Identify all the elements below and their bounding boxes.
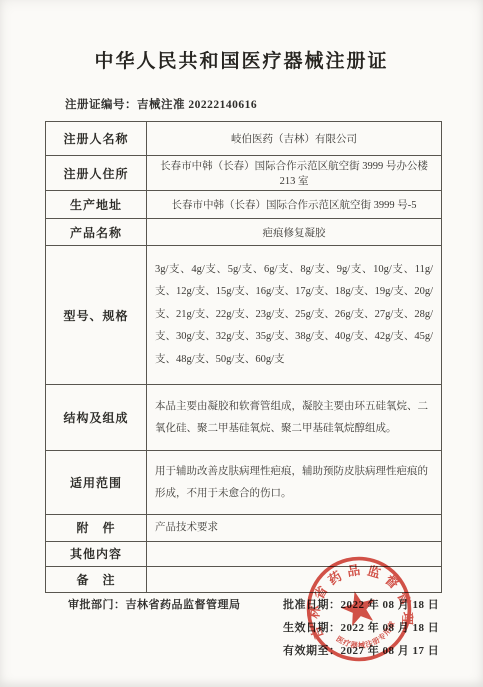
- expiry-date-value: 2027 年 08 月 17 日: [341, 645, 440, 657]
- expiry-date-label: 有效期至：: [283, 645, 341, 657]
- row-value-registrant-address: 长春市中韩（长春）国际合作示范区航空街 3999 号办公楼 213 室: [147, 156, 442, 191]
- table-row: 型号、规格 3g/支、4g/支、5g/支、6g/支、8g/支、9g/支、10g/…: [46, 246, 442, 385]
- row-value-registrant-name: 岐伯医药（吉林）有限公司: [147, 122, 442, 156]
- row-label-structure: 结构及组成: [46, 385, 147, 451]
- approval-dept-line: 审批部门：吉林省药品监督管理局: [68, 596, 241, 612]
- cert-number-label: 注册证编号：: [65, 99, 137, 111]
- effective-date-value: 2022 年 08 月 18 日: [341, 622, 440, 634]
- row-label-scope: 适用范围: [46, 451, 147, 515]
- row-value-attachment: 产品技术要求: [147, 515, 442, 542]
- row-label-registrant-name: 注册人名称: [46, 122, 147, 156]
- table-row: 结构及组成 本品主要由凝胶和软膏管组成，凝胶主要由环五硅氧烷、二氧化硅、聚二甲基…: [46, 385, 442, 451]
- dates-block: 批准日期：2022 年 08 月 18 日 生效日期：2022 年 08 月 1…: [283, 594, 439, 663]
- table-row: 适用范围 用于辅助改善皮肤病理性疤痕，辅助预防皮肤病理性疤痕的形成，不用于未愈合…: [46, 451, 442, 515]
- page-title: 中华人民共和国医疗器械注册证: [0, 0, 483, 73]
- effective-date-line: 生效日期：2022 年 08 月 18 日: [283, 617, 439, 640]
- row-value-structure: 本品主要由凝胶和软膏管组成，凝胶主要由环五硅氧烷、二氧化硅、聚二甲基硅氧烷、聚二…: [147, 385, 442, 451]
- expiry-date-line: 有效期至：2027 年 08 月 17 日: [283, 640, 439, 663]
- row-value-other-content: [147, 541, 442, 566]
- table-row: 注册人名称 岐伯医药（吉林）有限公司: [46, 122, 442, 156]
- row-label-production-address: 生产地址: [46, 191, 147, 219]
- row-value-model-spec: 3g/支、4g/支、5g/支、6g/支、8g/支、9g/支、10g/支、11g/…: [147, 246, 442, 385]
- certificate-page: 中华人民共和国医疗器械注册证 注册证编号：吉械注准 20222140616 注册…: [0, 0, 483, 687]
- row-label-product-name: 产品名称: [46, 219, 147, 246]
- approval-dept-label: 审批部门：: [68, 599, 126, 611]
- table-row: 其他内容: [46, 541, 442, 566]
- cert-number-value: 吉械注准 20222140616: [137, 99, 257, 111]
- table-row: 产品名称 疤痕修复凝胶: [46, 219, 442, 246]
- row-label-other-content: 其他内容: [46, 541, 147, 566]
- row-value-remarks: [147, 566, 442, 592]
- row-label-remarks: 备 注: [46, 566, 147, 592]
- registration-table: 注册人名称 岐伯医药（吉林）有限公司 注册人住所 长春市中韩（长春）国际合作示范…: [45, 121, 442, 593]
- row-label-attachment: 附 件: [46, 515, 147, 542]
- table-row: 备 注: [46, 566, 442, 592]
- table-row: 注册人住所 长春市中韩（长春）国际合作示范区航空街 3999 号办公楼 213 …: [46, 156, 442, 191]
- approval-date-value: 2022 年 08 月 18 日: [341, 599, 440, 611]
- row-label-model-spec: 型号、规格: [46, 246, 147, 385]
- row-label-registrant-address: 注册人住所: [46, 156, 147, 191]
- table-row: 附 件 产品技术要求: [46, 515, 442, 542]
- table-row: 生产地址 长春市中韩（长春）国际合作示范区航空街 3999 号-5: [46, 191, 442, 219]
- approval-date-line: 批准日期：2022 年 08 月 18 日: [283, 594, 439, 617]
- cert-number-line: 注册证编号：吉械注准 20222140616: [65, 96, 257, 112]
- effective-date-label: 生效日期：: [283, 622, 341, 634]
- approval-date-label: 批准日期：: [283, 599, 341, 611]
- row-value-scope: 用于辅助改善皮肤病理性疤痕，辅助预防皮肤病理性疤痕的形成，不用于未愈合的伤口。: [147, 451, 442, 515]
- row-value-product-name: 疤痕修复凝胶: [147, 219, 442, 246]
- row-value-production-address: 长春市中韩（长春）国际合作示范区航空街 3999 号-5: [147, 191, 442, 219]
- approval-dept-value: 吉林省药品监督管理局: [126, 599, 241, 611]
